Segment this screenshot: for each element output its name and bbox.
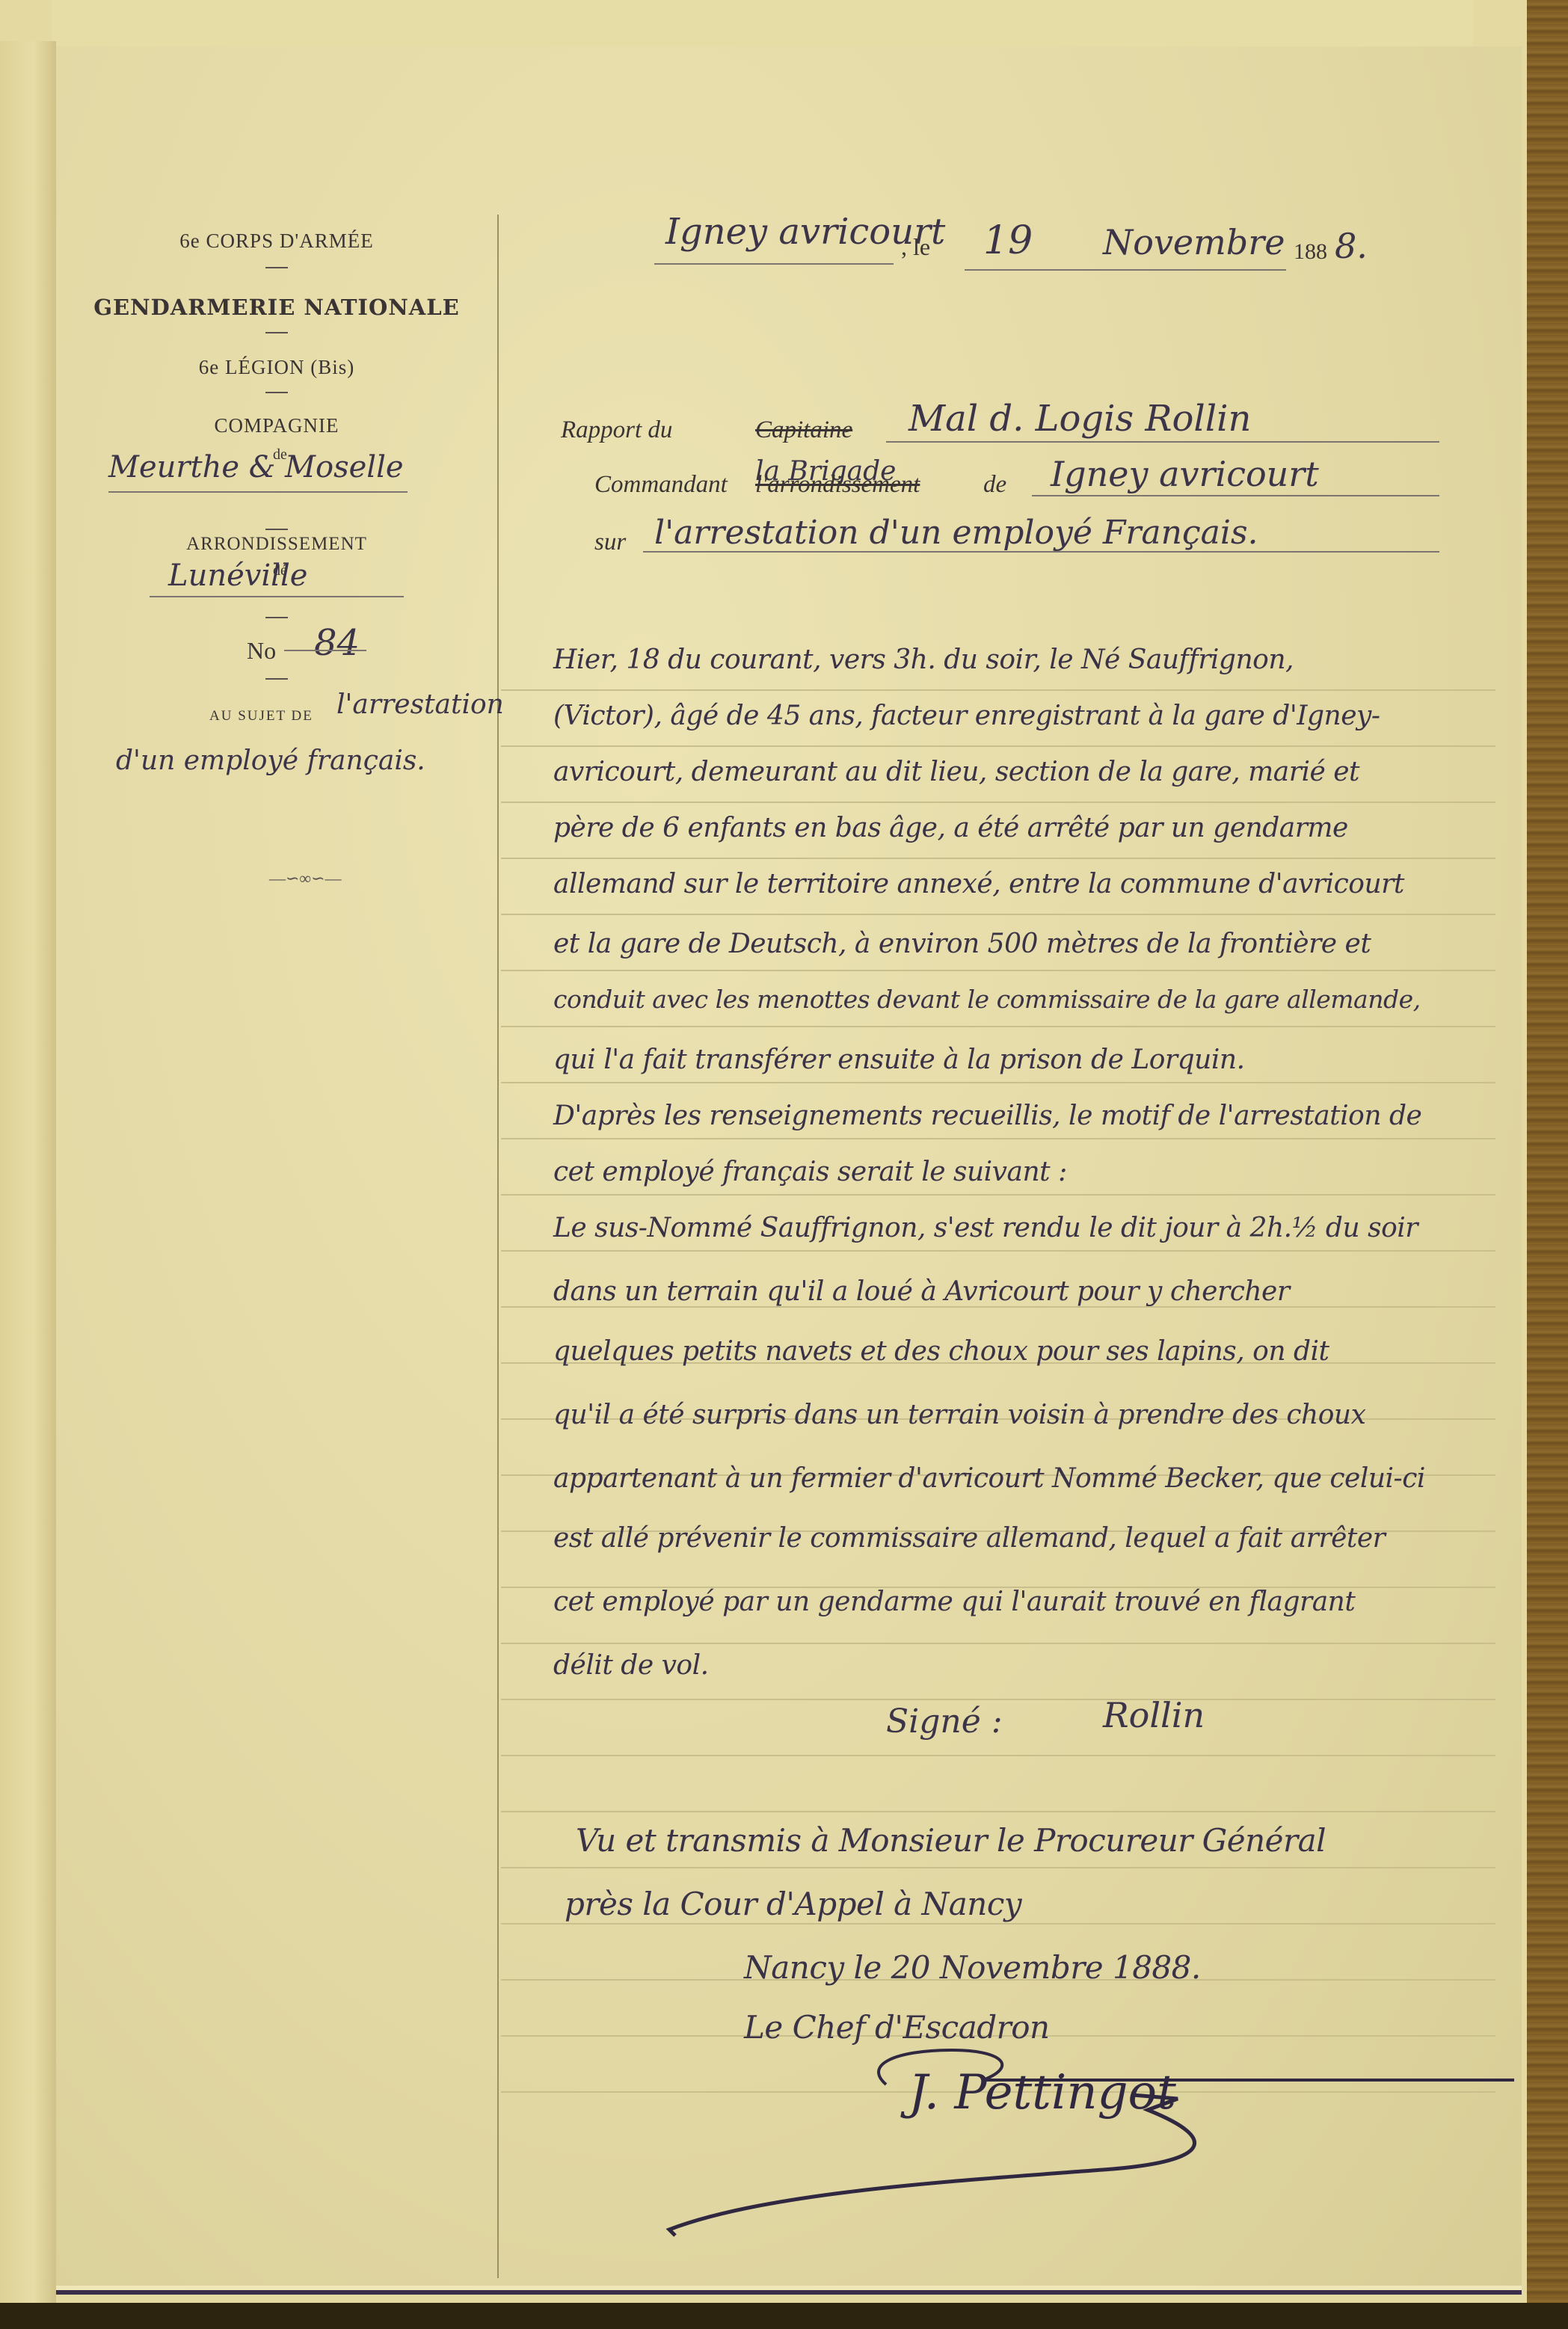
bottom-shadow xyxy=(0,2303,1568,2329)
wooden-table xyxy=(1527,0,1568,2329)
signature-flourish xyxy=(56,46,1522,2286)
left-folder-edge xyxy=(0,41,56,2314)
top-sheet-edge xyxy=(52,0,1473,52)
document-page: 6e CORPS D'ARMÉE GENDARMERIE NATIONALE 6… xyxy=(56,46,1522,2286)
